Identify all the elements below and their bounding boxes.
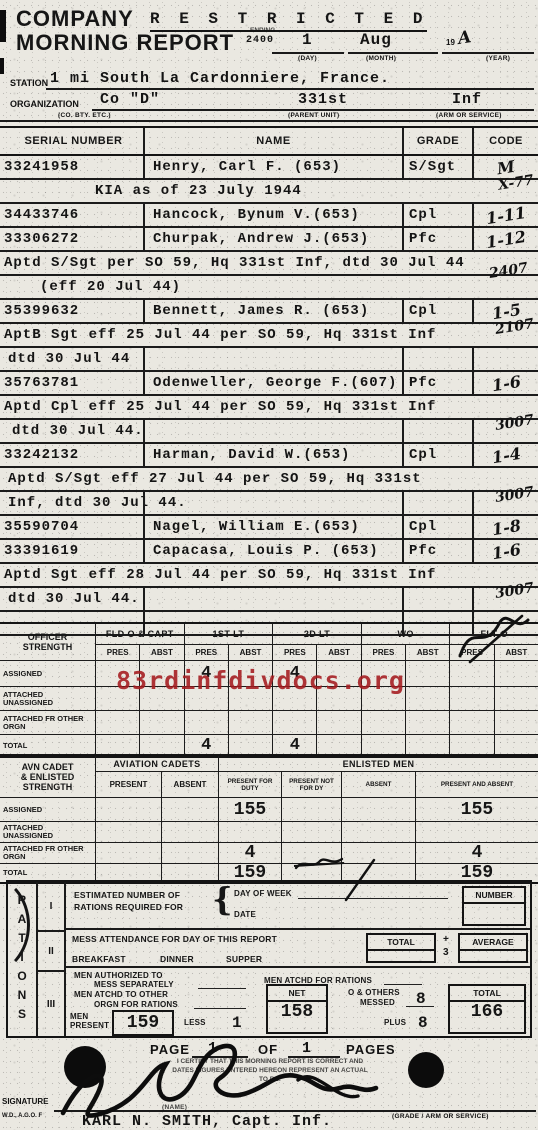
roster-table: SERIAL NUMBER NAME GRADE CODE 33241958He…: [0, 126, 538, 658]
roster-name: Henry, Carl F. (653): [143, 156, 402, 178]
divide-plus: +: [443, 934, 449, 945]
authorized-line: [198, 980, 246, 989]
roster-row: KIA as of 23 July 1944X-77: [0, 180, 538, 204]
roster-header-serial: SERIAL NUMBER: [0, 128, 143, 154]
net-value: 158: [268, 1002, 326, 1022]
officer-subheader: PRES: [361, 644, 405, 660]
number-box-label: NUMBER: [464, 888, 524, 904]
atchd-other-line: [194, 1000, 246, 1009]
date-day-value: 1: [302, 31, 313, 49]
organization-label: ORGANIZATION: [10, 99, 79, 109]
roster-grade: Pfc: [402, 540, 472, 562]
roster-row: Aptd S/Sgt per SO 59, Hq 331st Inf, dtd …: [0, 252, 538, 276]
roster-grade: Cpl: [402, 300, 472, 322]
enlisted-title-line: AVN CADET: [22, 762, 74, 772]
mess-attendance-label: MESS ATTENDANCE FOR DAY OF THIS REPORT: [72, 934, 277, 944]
roster-row: Aptd Cpl eff 25 Jul 44 per SO 59, Hq 331…: [0, 396, 538, 420]
officer-group-header: WO: [361, 624, 450, 644]
handwritten-code: 1-8: [490, 515, 522, 538]
station-line: [46, 88, 534, 90]
roster-code: 1-12: [472, 228, 538, 250]
rations-total-value: 166: [450, 1002, 524, 1022]
mess-total-label: TOTAL: [368, 935, 434, 951]
date-year-value: A: [457, 27, 473, 49]
column-tick: [143, 420, 145, 442]
net-box-label: NET: [268, 986, 326, 1002]
roster-row: AptB Sgt eff 25 Jul 44 per SO 59, Hq 331…: [0, 324, 538, 348]
organization-arm-caption: (ARM OR SERVICE): [436, 112, 502, 119]
roster-name: Churpak, Andrew J.(653): [143, 228, 402, 250]
date-month-caption: (MONTH): [366, 55, 396, 62]
watermark-text: 83rdinfdivdocs.org: [116, 666, 405, 695]
rations-content: ESTIMATED NUMBER OF RATIONS REQUIRED FOR…: [66, 882, 530, 1036]
roster-note: dtd 30 Jul 44.: [0, 423, 538, 439]
ending-label: ENDING: [250, 27, 275, 34]
roster-row: 35763781Odenweller, George F.(607)Pfc1-6: [0, 372, 538, 396]
handwritten-code: 1-6: [490, 371, 522, 394]
organization-parent-value: 331st: [298, 91, 348, 108]
officer-value-cell: [449, 710, 493, 734]
enlisted-value-cell: [281, 797, 341, 821]
rations-row-3: MEN AUTHORIZED TO MESS SEPARATELY MEN AT…: [66, 968, 530, 1036]
enlisted-strength-table: AVN CADET& ENLISTEDSTRENGTHAVIATION CADE…: [0, 754, 538, 884]
enlisted-title-line: & ENLISTED: [21, 772, 75, 782]
date-month-line: [348, 52, 438, 54]
roster-code: 1-8: [472, 516, 538, 538]
column-tick: [402, 420, 404, 442]
enlisted-value-cell: 155: [218, 797, 281, 821]
roster-serial: 33391619: [0, 540, 143, 562]
authorized-label-2: MESS SEPARATELY: [94, 980, 174, 989]
roster-header-code: CODE: [472, 128, 538, 154]
brace-glyph: {: [212, 880, 233, 918]
roster-row: dtd 30 Jul 44: [0, 348, 538, 372]
column-tick: [143, 492, 145, 514]
men-present-label-2: PRESENT: [70, 1021, 109, 1030]
officer-row-label: ATTACHED UNASSIGNED: [0, 686, 95, 710]
officer-value-cell: [228, 710, 272, 734]
roster-row: dtd 30 Jul 44.3007: [0, 420, 538, 444]
roster-name: Harman, David W.(653): [143, 444, 402, 466]
enlisted-subheader: PRESENT NOT FOR DY: [281, 771, 341, 797]
station-value: 1 mi South La Cardonniere, France.: [50, 70, 390, 87]
men-present-label-1: MEN: [70, 1012, 88, 1021]
roster-serial: 35590704: [0, 516, 143, 538]
handwritten-flourish: [450, 614, 536, 666]
roster-serial: 33242132: [0, 444, 143, 466]
organization-unit-value: Co "D": [100, 91, 160, 108]
officer-value-cell: [405, 660, 449, 686]
date-label: DATE: [234, 910, 256, 919]
rations-total-box: TOTAL 166: [448, 984, 526, 1034]
atchd-other-label-2: ORGN FOR RATIONS: [94, 1000, 178, 1009]
officer-value-cell: [139, 710, 183, 734]
net-box: NET 158: [266, 984, 328, 1034]
officer-value-cell: 4: [272, 734, 316, 756]
enlisted-value-cell: [341, 797, 415, 821]
roster-serial: 35399632: [0, 300, 143, 322]
rations-numeral-column: I II III: [38, 882, 66, 1036]
roster-note: Aptd S/Sgt eff 27 Jul 44 per SO 59, Hq 3…: [0, 471, 538, 487]
average-box: AVERAGE: [458, 933, 528, 963]
roster-name: Capacasa, Louis P. (653): [143, 540, 402, 562]
ending-time: 2400: [246, 35, 274, 46]
form-reference: W.D., A.G.O. F: [2, 1113, 42, 1119]
officer-title-line: OFFICER: [28, 632, 68, 642]
roster-header-name: NAME: [143, 128, 402, 154]
roster-note: Inf, dtd 30 Jul 44.: [0, 495, 538, 511]
officer-group-header: 2D LT: [272, 624, 361, 644]
officer-subheader: PRES: [272, 644, 316, 660]
roster-rows: 33241958Henry, Carl F. (653)S/SgtMKIA as…: [0, 156, 538, 658]
roster-row: dtd 30 Jul 44.3007: [0, 588, 538, 612]
roster-grade: Cpl: [402, 516, 472, 538]
enlisted-strength-title: AVN CADET& ENLISTEDSTRENGTH: [0, 756, 95, 797]
year-prefix: 19: [446, 38, 455, 47]
roster-grade: S/Sgt: [402, 156, 472, 178]
column-tick: [402, 492, 404, 514]
divide-three: 3: [443, 947, 449, 958]
roster-row: Aptd S/Sgt eff 27 Jul 44 per SO 59, Hq 3…: [0, 468, 538, 492]
roster-note: Aptd S/Sgt per SO 59, Hq 331st Inf, dtd …: [0, 255, 538, 271]
officer-value-cell: [361, 710, 405, 734]
roster-row: Aptd Sgt eff 28 Jul 44 per SO 59, Hq 331…: [0, 564, 538, 588]
morning-report-document: COMPANY R E S T R I C T E D MORNING REPO…: [0, 0, 538, 1130]
enlisted-value-cell: [161, 842, 218, 863]
rations-total-label: TOTAL: [450, 986, 524, 1002]
enlisted-group-header: ENLISTED MEN: [218, 756, 538, 771]
officer-value-cell: [405, 734, 449, 756]
grade-arm-caption: (GRADE / ARM OR SERVICE): [392, 1113, 489, 1120]
roster-code: 1-11: [472, 204, 538, 226]
column-tick: [472, 420, 474, 442]
enlisted-value-cell: [281, 821, 341, 842]
less-label: LESS: [184, 1018, 206, 1027]
roster-serial: 33306272: [0, 228, 143, 250]
enlisted-row-label: ATTACHED UNASSIGNED: [0, 821, 95, 842]
roster-code: 1-6: [472, 372, 538, 394]
officer-row-label: ASSIGNED: [0, 660, 95, 686]
roster-note: dtd 30 Jul 44.: [0, 591, 538, 607]
officer-subheader: ABST: [228, 644, 272, 660]
officer-value-cell: [449, 734, 493, 756]
form-title-morning-report: MORNING REPORT: [16, 30, 234, 56]
officer-row-label: TOTAL: [0, 734, 95, 756]
roster-note: AptB Sgt eff 25 Jul 44 per SO 59, Hq 331…: [0, 327, 538, 343]
number-box: NUMBER: [462, 886, 526, 926]
officer-strength-title: OFFICERSTRENGTH: [0, 624, 95, 660]
officer-value-cell: [95, 734, 139, 756]
supper-label: SUPPER: [226, 954, 262, 964]
men-present-box: 159: [112, 1010, 174, 1036]
enlisted-value-cell: [161, 797, 218, 821]
enlisted-value-cell: [95, 797, 161, 821]
officer-value-cell: 4: [184, 734, 228, 756]
roster-name: Odenweller, George F.(607): [143, 372, 402, 394]
atchd-for-rations-line: [384, 976, 422, 985]
signature-scrawl: [48, 1038, 388, 1126]
roster-row: 35590704Nagel, William E.(653)Cpl1-8: [0, 516, 538, 540]
date-day-line: [272, 52, 344, 54]
scan-artifact: [0, 58, 4, 74]
atchd-other-label-1: MEN ATCHD TO OTHER: [74, 990, 168, 999]
roster-name: Nagel, William E.(653): [143, 516, 402, 538]
handwritten-code: 1-6: [490, 539, 522, 562]
dinner-label: DINNER: [160, 954, 194, 964]
roster-row: 33306272Churpak, Andrew J.(653)Pfc1-12: [0, 228, 538, 252]
o-and-others-label-2: MESSED: [360, 998, 395, 1007]
handwritten-slash: [342, 856, 378, 904]
roster-row: Inf, dtd 30 Jul 44.3007: [0, 492, 538, 516]
column-tick: [143, 348, 145, 370]
roster-serial: 35763781: [0, 372, 143, 394]
officer-value-cell: [494, 734, 538, 756]
plus-label: PLUS: [384, 1018, 406, 1027]
roster-code: 1-4: [472, 444, 538, 466]
o-and-others-label-1: O & OTHERS: [348, 988, 400, 997]
rations-estimated-label-1: ESTIMATED NUMBER OF: [74, 890, 180, 900]
enlisted-row-label: ATTACHED FR OTHER ORGN: [0, 842, 95, 863]
plus-value: 8: [418, 1014, 428, 1032]
officer-title-line: STRENGTH: [23, 642, 73, 652]
officer-subheader: ABST: [405, 644, 449, 660]
enlisted-value-cell: [95, 842, 161, 863]
rations-row-1: ESTIMATED NUMBER OF RATIONS REQUIRED FOR…: [66, 882, 530, 930]
enlisted-value-cell: [415, 821, 538, 842]
enlisted-value-cell: [161, 821, 218, 842]
officer-value-cell: [449, 686, 493, 710]
officer-value-cell: [361, 734, 405, 756]
officer-subheader: ABST: [316, 644, 360, 660]
rations-row-2: MESS ATTENDANCE FOR DAY OF THIS REPORT B…: [66, 930, 530, 968]
officer-subheader: ABST: [139, 644, 183, 660]
officer-value-cell: [405, 710, 449, 734]
officer-value-cell: [228, 734, 272, 756]
enlisted-subheader: ABSENT: [161, 771, 218, 797]
officer-group-header: FLD O & CAPT: [95, 624, 184, 644]
o-and-others-line: [406, 998, 434, 1007]
rations-side-label: RATIONS: [8, 882, 38, 1036]
hole-punch-right: [408, 1052, 444, 1088]
divider-line: [0, 120, 538, 122]
roster-row: 35399632Bennett, James R. (653)Cpl1-5: [0, 300, 538, 324]
enlisted-row-label: ASSIGNED: [0, 797, 95, 821]
enlisted-value-cell: [95, 821, 161, 842]
officer-value-cell: [272, 710, 316, 734]
column-tick: [472, 492, 474, 514]
roster-header-row: SERIAL NUMBER NAME GRADE CODE: [0, 128, 538, 156]
officer-subheader: PRES: [95, 644, 139, 660]
enlisted-group-header: AVIATION CADETS: [95, 756, 218, 771]
organization-line: [92, 109, 534, 111]
date-month-value: Aug: [360, 31, 392, 49]
officer-value-cell: [184, 710, 228, 734]
officer-value-cell: [316, 710, 360, 734]
mess-total-box: TOTAL: [366, 933, 436, 963]
station-label: STATION: [10, 78, 48, 88]
roster-serial: 34433746: [0, 204, 143, 226]
enlisted-value-cell: [218, 821, 281, 842]
handwritten-code: 1-4: [490, 443, 522, 466]
column-tick: [402, 588, 404, 610]
officer-value-cell: [494, 710, 538, 734]
roster-note: Aptd Cpl eff 25 Jul 44 per SO 59, Hq 331…: [0, 399, 538, 415]
date-day-caption: (DAY): [298, 55, 317, 62]
roster-grade: Pfc: [402, 228, 472, 250]
enlisted-subheader: PRESENT AND ABSENT: [415, 771, 538, 797]
rations-section: RATIONS I II III ESTIMATED NUMBER OF RAT…: [6, 880, 532, 1038]
roster-grade: Cpl: [402, 444, 472, 466]
enlisted-subheader: PRESENT FOR DUTY: [218, 771, 281, 797]
roster-row: 33242132Harman, David W.(653)Cpl1-4: [0, 444, 538, 468]
roster-name: Hancock, Bynum V.(653): [143, 204, 402, 226]
form-title-company: COMPANY: [16, 6, 134, 32]
roster-note: dtd 30 Jul 44: [0, 351, 538, 367]
roster-name: Bennett, James R. (653): [143, 300, 402, 322]
handwritten-code: 1-11: [485, 202, 528, 227]
officer-subheader: PRES: [184, 644, 228, 660]
handwritten-code: 1-12: [485, 226, 528, 251]
enlisted-value-cell: 4: [218, 842, 281, 863]
enlisted-value-cell: [341, 821, 415, 842]
signature-label: SIGNATURE: [2, 1097, 49, 1106]
day-of-week-label: DAY OF WEEK: [234, 889, 292, 898]
officer-value-cell: [95, 710, 139, 734]
enlisted-subheader: PRESENT: [95, 771, 161, 797]
roster-note: Aptd Sgt eff 28 Jul 44 per SO 59, Hq 331…: [0, 567, 538, 583]
roster-row: 33391619Capacasa, Louis P. (653)Pfc1-6: [0, 540, 538, 564]
date-year-caption: (YEAR): [486, 55, 510, 62]
rations-numeral-2: II: [38, 932, 64, 972]
rations-numeral-1: I: [38, 882, 64, 932]
officer-value-cell: [405, 686, 449, 710]
rations-numeral-3: III: [38, 972, 64, 1036]
column-tick: [472, 348, 474, 370]
officer-value-cell: [494, 686, 538, 710]
less-value: 1: [232, 1014, 242, 1032]
date-year-line: [442, 52, 534, 54]
rations-estimated-label-2: RATIONS REQUIRED FOR: [74, 902, 183, 912]
officer-value-cell: [316, 734, 360, 756]
roster-serial: 33241958: [0, 156, 143, 178]
roster-header-grade: GRADE: [402, 128, 472, 154]
column-tick: [472, 588, 474, 610]
roster-row: 33241958Henry, Carl F. (653)S/SgtM: [0, 156, 538, 180]
enlisted-title-line: STRENGTH: [23, 782, 73, 792]
enlisted-value-cell: 4: [415, 842, 538, 863]
roster-code: 1-6: [472, 540, 538, 562]
officer-group-header: 1ST LT: [184, 624, 273, 644]
roster-row: 34433746Hancock, Bynum V.(653)Cpl1-11: [0, 204, 538, 228]
column-tick: [402, 348, 404, 370]
organization-unit-caption: (CO. BTY. ETC.): [58, 112, 111, 119]
organization-parent-caption: (PARENT UNIT): [288, 112, 339, 119]
enlisted-subheader: ABSENT: [341, 771, 415, 797]
roster-note: KIA as of 23 July 1944: [0, 183, 538, 199]
roster-row: (eff 20 Jul 44)2407: [0, 276, 538, 300]
authorized-label-1: MEN AUTHORIZED TO: [74, 971, 163, 980]
organization-arm-value: Inf: [452, 91, 482, 108]
men-present-value: 159: [127, 1013, 159, 1033]
roster-grade: Pfc: [402, 372, 472, 394]
average-box-label: AVERAGE: [460, 935, 526, 951]
breakfast-label: BREAKFAST: [72, 954, 126, 964]
enlisted-value-cell: 155: [415, 797, 538, 821]
roster-note: (eff 20 Jul 44): [0, 279, 538, 295]
roster-grade: Cpl: [402, 204, 472, 226]
handwritten-scribble: [292, 854, 348, 876]
column-tick: [143, 588, 145, 610]
restricted-stamp: R E S T R I C T E D: [150, 10, 427, 32]
officer-value-cell: [139, 734, 183, 756]
scan-artifact: [0, 10, 6, 42]
officer-row-label: ATTACHED FR OTHER ORGN: [0, 710, 95, 734]
